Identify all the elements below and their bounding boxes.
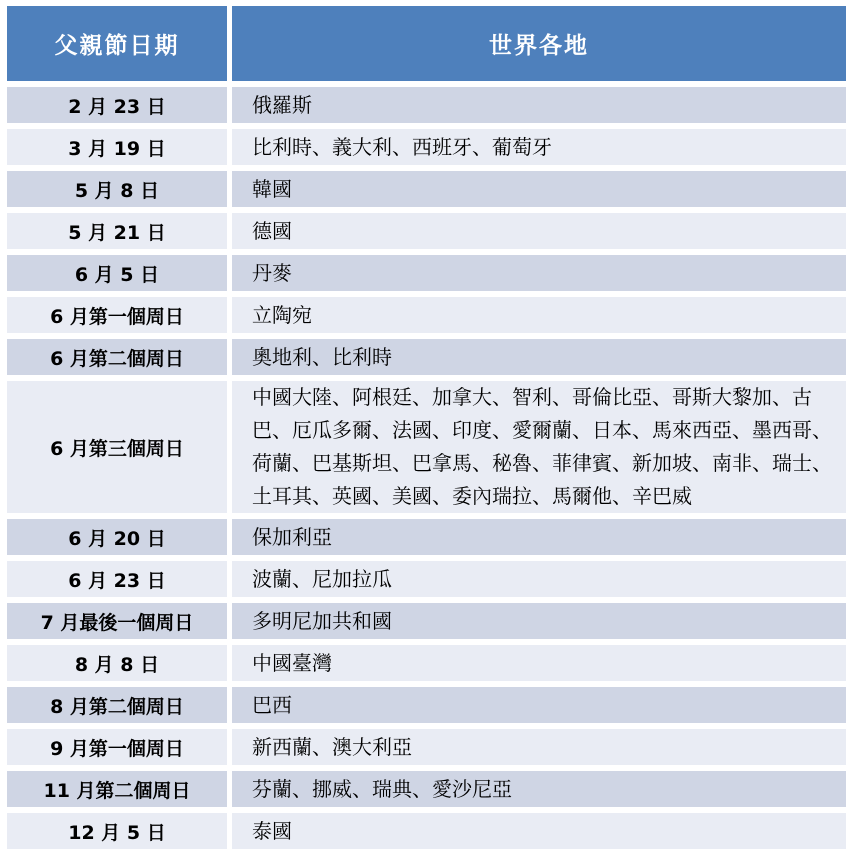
date-cell: 3 月 19 日	[7, 129, 227, 165]
table-body: 2 月 23 日俄羅斯3 月 19 日比利時、義大利、西班牙、葡萄牙5 月 8 …	[7, 87, 846, 849]
table-row: 7 月最後一個周日多明尼加共和國	[7, 603, 846, 639]
table-row: 2 月 23 日俄羅斯	[7, 87, 846, 123]
header-cell-date: 父親節日期	[7, 6, 227, 81]
date-cell: 11 月第二個周日	[7, 771, 227, 807]
date-cell: 6 月第一個周日	[7, 297, 227, 333]
table-row: 8 月第二個周日巴西	[7, 687, 846, 723]
regions-cell: 波蘭、尼加拉瓜	[232, 561, 846, 597]
regions-cell: 立陶宛	[232, 297, 846, 333]
regions-cell: 巴西	[232, 687, 846, 723]
table-row: 12 月 5 日泰國	[7, 813, 846, 849]
date-cell: 6 月 20 日	[7, 519, 227, 555]
table-header: 父親節日期 世界各地	[7, 6, 846, 81]
regions-cell: 韓國	[232, 171, 846, 207]
date-cell: 12 月 5 日	[7, 813, 227, 849]
date-cell: 5 月 21 日	[7, 213, 227, 249]
date-cell: 6 月 23 日	[7, 561, 227, 597]
date-cell: 6 月 5 日	[7, 255, 227, 291]
regions-cell: 新西蘭、澳大利亞	[232, 729, 846, 765]
regions-cell: 保加利亞	[232, 519, 846, 555]
table-row: 11 月第二個周日芬蘭、挪威、瑞典、愛沙尼亞	[7, 771, 846, 807]
table-row: 5 月 8 日韓國	[7, 171, 846, 207]
date-cell: 6 月第二個周日	[7, 339, 227, 375]
document-page: 父親節日期 世界各地 2 月 23 日俄羅斯3 月 19 日比利時、義大利、西班…	[0, 0, 858, 854]
date-cell: 6 月第三個周日	[7, 381, 227, 513]
regions-cell: 芬蘭、挪威、瑞典、愛沙尼亞	[232, 771, 846, 807]
header-cell-regions: 世界各地	[232, 6, 846, 81]
table-row: 5 月 21 日德國	[7, 213, 846, 249]
header-row: 父親節日期 世界各地	[7, 6, 846, 81]
table-row: 6 月第三個周日中國大陸、阿根廷、加拿大、智利、哥倫比亞、哥斯大黎加、古巴、厄瓜…	[7, 381, 846, 513]
date-cell: 2 月 23 日	[7, 87, 227, 123]
date-cell: 5 月 8 日	[7, 171, 227, 207]
table-row: 3 月 19 日比利時、義大利、西班牙、葡萄牙	[7, 129, 846, 165]
table-row: 9 月第一個周日新西蘭、澳大利亞	[7, 729, 846, 765]
fathers-day-table: 父親節日期 世界各地 2 月 23 日俄羅斯3 月 19 日比利時、義大利、西班…	[2, 0, 851, 854]
regions-cell: 泰國	[232, 813, 846, 849]
date-cell: 9 月第一個周日	[7, 729, 227, 765]
table-row: 8 月 8 日中國臺灣	[7, 645, 846, 681]
regions-cell: 多明尼加共和國	[232, 603, 846, 639]
regions-cell: 比利時、義大利、西班牙、葡萄牙	[232, 129, 846, 165]
table-row: 6 月第二個周日奧地利、比利時	[7, 339, 846, 375]
date-cell: 8 月 8 日	[7, 645, 227, 681]
date-cell: 8 月第二個周日	[7, 687, 227, 723]
regions-cell: 俄羅斯	[232, 87, 846, 123]
regions-cell: 德國	[232, 213, 846, 249]
regions-cell: 中國大陸、阿根廷、加拿大、智利、哥倫比亞、哥斯大黎加、古巴、厄瓜多爾、法國、印度…	[232, 381, 846, 513]
table-row: 6 月第一個周日立陶宛	[7, 297, 846, 333]
table-row: 6 月 5 日丹麥	[7, 255, 846, 291]
regions-cell: 奧地利、比利時	[232, 339, 846, 375]
regions-cell: 中國臺灣	[232, 645, 846, 681]
date-cell: 7 月最後一個周日	[7, 603, 227, 639]
table-row: 6 月 23 日波蘭、尼加拉瓜	[7, 561, 846, 597]
regions-cell: 丹麥	[232, 255, 846, 291]
table-row: 6 月 20 日保加利亞	[7, 519, 846, 555]
